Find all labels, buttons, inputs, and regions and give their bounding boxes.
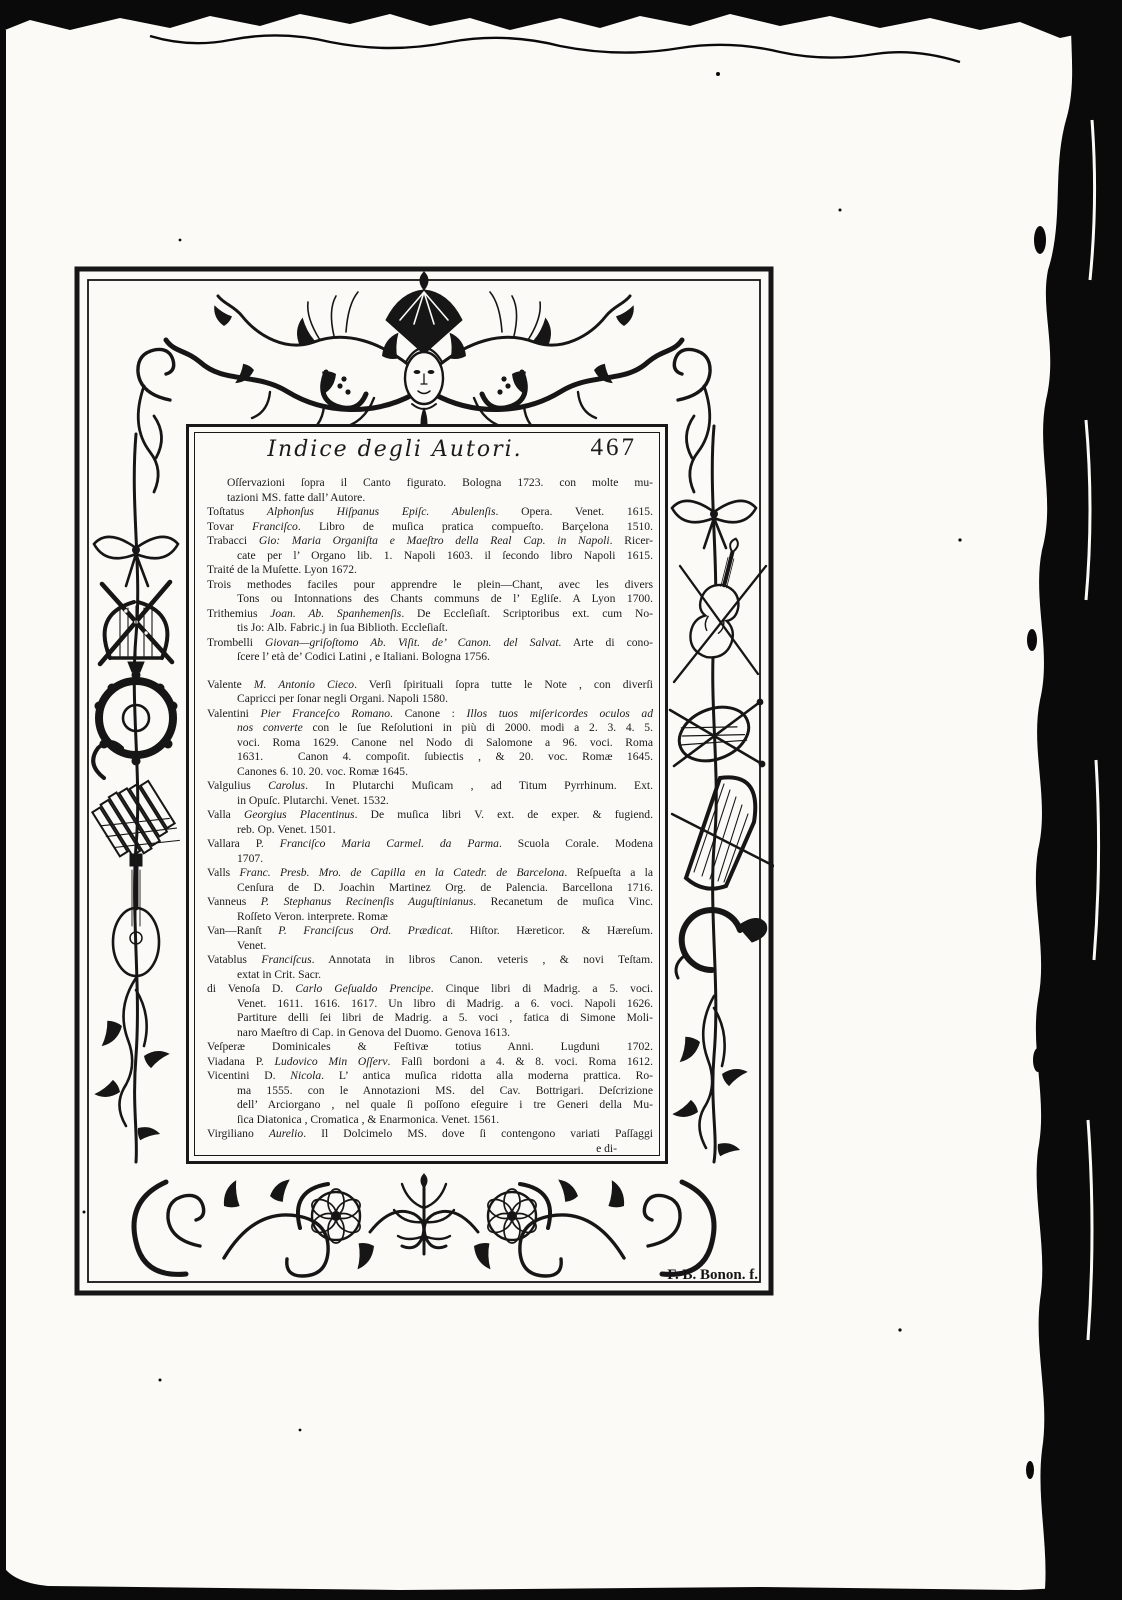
index-entry-line: reb. Op. Venet. 1501. [237, 823, 653, 838]
index-entry-line: voci. Roma 1629. Canone nel Nodo di Salo… [237, 736, 653, 751]
leaf-sprig [672, 996, 748, 1163]
index-entry-line: Vallara P. Franciſco Maria Carmel. da Pa… [207, 837, 653, 852]
scanned-book-page: F. B. Bonon. f. Indice degli Autori. 467… [0, 0, 1122, 1600]
index-entry-line: Vicentini D. Nicola. L’ antica muſica ri… [207, 1069, 653, 1084]
catchword: e di- [207, 1142, 653, 1157]
index-entry-line: Partiture delli ſei libri de Madrig. a 5… [237, 1011, 653, 1026]
index-entry-line: Capricci per ſonar negli Organi. Napoli … [237, 692, 653, 707]
hunting-horn-icon [676, 910, 767, 978]
index-entry-line: Trabacci Gio: Maria Organiſta e Maeſtro … [207, 534, 653, 549]
index-entry-line: Valentini Pier Franceſco Romano. Canone … [207, 707, 653, 722]
violin-bow-icon [674, 566, 766, 682]
index-entry-line: cate per l’ Organo lib. 1. Napoli 1603. … [237, 549, 653, 564]
bottom-ornament-band: F. B. Bonon. f. [134, 1174, 758, 1283]
violin-icon [686, 534, 756, 663]
index-entry-line: dell’ Arciorgano , nel quale ſi poſſono … [237, 1098, 653, 1113]
index-entry-line: Venet. 1611. 1616. 1617. Un libro di Mad… [237, 997, 653, 1012]
index-entry-line: Veſperæ Dominicales & Feſtivæ totius Ann… [207, 1040, 653, 1055]
drum-icon [670, 697, 765, 770]
leaf-sprig [94, 978, 170, 1147]
index-lines: Oſſervazioni ſopra il Canto figurato. Bo… [207, 476, 653, 1142]
index-entry-line: Toſtatus Alphonſus Hiſpanus Epiſc. Abule… [207, 505, 653, 520]
index-entry-line: Valgulius Carolus. In Plutarchi Muſicam … [207, 779, 653, 794]
index-entry-line: nos converte con le ſue Reſolutioni in p… [237, 721, 653, 736]
index-entry-line: di Venoſa D. Carlo Geſualdo Prencipe. Ci… [207, 982, 653, 997]
index-entry-line: Cenſura de D. Joachin Martinez Org. de P… [237, 881, 653, 896]
index-entry-line: Canones 6. 10. 20. voc. Romæ 1645. [237, 765, 653, 780]
left-instrument-trophy [89, 434, 183, 1162]
index-entry-line: Van—Ranſt P. Franciſcus Ord. Prædicat. H… [207, 924, 653, 939]
index-entry-line: Valla Georgius Placentinus. De muſica li… [207, 808, 653, 823]
index-entry-line: tis Jo: Alb. Fabric.j in ſua Biblioth. E… [237, 621, 653, 636]
index-entry-line: ſcere l’ età de’ Codici Latini , e Itali… [237, 650, 653, 665]
palmette-icon [394, 1174, 454, 1254]
index-entry-line: tazioni MS. fatte dall’ Autore. [227, 491, 653, 506]
index-entry-line: Oſſervazioni ſopra il Canto figurato. Bo… [227, 476, 653, 491]
index-entry-line: Valls Franc. Presb. Mro. de Capilla en l… [207, 866, 653, 881]
index-entry-line: Valente M. Antonio Cieco. Verſi ſpiritua… [207, 678, 653, 693]
index-entry-line: Viadana P. Ludovico Min Oſſerv. Falſi bo… [207, 1055, 653, 1070]
index-entry-line: Trombelli Giovan—griſoſtomo Ab. Viſit. d… [207, 636, 653, 651]
harp-icon [672, 777, 774, 888]
engraver-signature: F. B. Bonon. f. [667, 1267, 758, 1283]
index-entry-line: ma 1555. con le Annotazioni MS. del Cav.… [237, 1084, 653, 1099]
index-entry-line: Tons ou Intonnations des Chants communs … [237, 592, 653, 607]
index-entry-line: naro Maeſtro di Cap. in Genova del Duomo… [237, 1026, 653, 1041]
page-number: 467 [591, 434, 638, 462]
rosette-icon [298, 1184, 363, 1243]
index-entry-line: 1631. Canon 4. compoſit. ſubiectis , & 2… [237, 750, 653, 765]
right-instrument-trophy [670, 426, 774, 1163]
index-entry-line: Trithemius Joan. Ab. Spanhemenſis. De Ec… [207, 607, 653, 622]
index-entry-line: Trois methodes faciles pour apprendre le… [207, 578, 653, 593]
page-title: Indice degli Autori. [207, 437, 583, 462]
index-entry-line: extat in Crit. Sacr. [237, 968, 653, 983]
index-entry-line: Vatablus Franciſcus. Annotata in libros … [207, 953, 653, 968]
index-entry-line: Virgiliano Aurelio. Il Dolcimelo MS. dov… [207, 1127, 653, 1142]
index-entry-line: Traité de la Muſette. Lyon 1672. [207, 563, 653, 578]
text-frame: Indice degli Autori. 467 Oſſervazioni ſo… [186, 424, 668, 1164]
index-entry-line: in Opuſc. Plutarchi. Venet. 1532. [237, 794, 653, 809]
index-entry-line: ſica Diatonica , Cromatica , & Enarmonic… [237, 1113, 653, 1128]
lyre-icon [105, 602, 168, 672]
header-row: Indice degli Autori. 467 [207, 437, 653, 469]
index-entry-line: Tovar Franciſco. Libro de muſica pratica… [207, 520, 653, 535]
index-entry-line: Vanneus P. Stephanus Recinenſis Auguſtin… [207, 895, 653, 910]
index-entry-line: Venet. [237, 939, 653, 954]
index-entry-line: 1707. [237, 852, 653, 867]
index-entry-line: Roſſeto Veron. interprete. Romæ [237, 910, 653, 925]
